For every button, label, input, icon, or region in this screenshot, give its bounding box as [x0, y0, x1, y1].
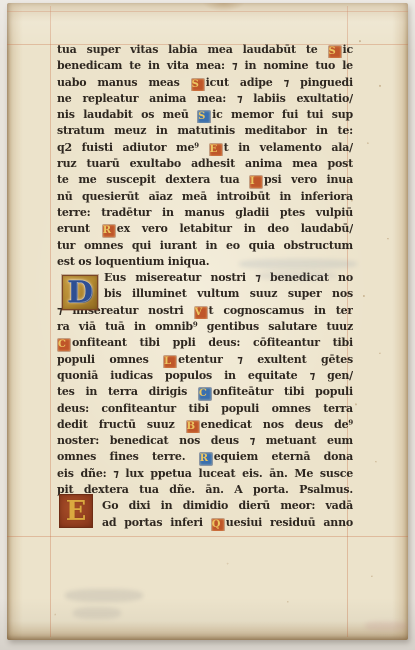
- text-run: benedicam te in vita mea: ⁊ in nomine tu…: [57, 59, 353, 72]
- initial-e-letter: E: [66, 498, 87, 525]
- versal-initial: R: [103, 225, 115, 237]
- text-run: equiem eternā dona: [214, 450, 353, 463]
- text-run: terre: tradētur in manus gladii ptes vul…: [57, 206, 353, 219]
- text-line: erunt Rex vero letabitur in deo laudabū/: [57, 221, 353, 237]
- text-run: tua super vitas labia mea laudabūt te: [57, 43, 328, 56]
- text-run: enedicat nos deus de⁹: [201, 418, 353, 431]
- text-run: nis laudabit os meū: [57, 108, 197, 121]
- text-run: tes in terra dirigis: [57, 385, 198, 398]
- text-run: Eus misereatur nostri ⁊ benedicat no: [104, 271, 353, 284]
- text-line: stratum meuz in matutinis meditabor in t…: [57, 123, 353, 139]
- text-block: tua super vitas labia mea laudabūt te Si…: [57, 42, 353, 531]
- text-run: ex vero letabitur in deo laudabū/: [117, 222, 353, 235]
- verso-show-through: [239, 259, 357, 269]
- text-line: omnes fines terre. Requiem eternā dona: [57, 449, 353, 465]
- pencil-mark-bottom-right: [365, 621, 407, 631]
- text-line: ne repleatur anima mea: ⁊ labiis exultat…: [57, 91, 353, 107]
- text-line: nū quesierūt aīaz meā introibūt in infer…: [57, 189, 353, 205]
- text-run: onfiteātur tibi populi: [213, 385, 353, 398]
- text-run: stratum meuz in matutinis meditabor in t…: [57, 124, 353, 137]
- text-run: pit dextera tua dñe. ān. A porta. Psalmu…: [57, 483, 353, 496]
- text-line: tur omnes qui iurant in eo quia obstruct…: [57, 238, 353, 254]
- text-line: eis dñe: ⁊ lux ppetua luceat eis. ān. Me…: [57, 466, 353, 482]
- text-run: quoniā iudicas populos in equitate ⁊ gen…: [57, 369, 353, 382]
- text-run: onfiteant tibi ppli deus: cōfiteantur ti…: [72, 336, 353, 349]
- text-line: bis illuminet vultum suuz super nos: [57, 286, 353, 302]
- text-run: deus: confiteantur tibi populi omnes ter…: [57, 402, 353, 415]
- text-line: terre: tradētur in manus gladii ptes vul…: [57, 205, 353, 221]
- text-line: uabo manus meas Sicut adipe ⁊ pinguedi: [57, 75, 353, 91]
- text-run: uabo manus meas: [57, 76, 191, 89]
- text-line: nis laudabit os meū Sic memor fui tui su…: [57, 107, 353, 123]
- versal-initial: S: [192, 79, 204, 91]
- text-line: ⁊ misereatur nostri Vt cognoscamus in te…: [57, 303, 353, 319]
- initial-d-letter: D: [67, 278, 93, 308]
- text-line: est os loquentium iniqua.: [57, 254, 353, 270]
- text-run: noster: benedicat nos deus ⁊ metuant eum: [57, 434, 353, 447]
- ruling-line-bottom: [7, 536, 408, 537]
- text-run: omnes fines terre.: [57, 450, 199, 463]
- text-line: q2 fuisti adiutor me⁹ Et in velamento al…: [57, 140, 353, 156]
- text-run: ruz tuarū exultabo adhesit anima mea pos…: [57, 157, 353, 170]
- text-run: t in velamento ala/: [224, 141, 353, 154]
- versal-initial: R: [200, 453, 212, 465]
- ruling-line-header: [7, 44, 408, 45]
- text-run: ic: [343, 43, 353, 56]
- text-line: ra viā tuā in omnib⁹ gentibus salutare t…: [57, 319, 353, 335]
- text-line: ruz tuarū exultabo adhesit anima mea pos…: [57, 156, 353, 172]
- text-run: ⁊ misereatur nostri: [57, 304, 194, 317]
- text-run: nū quesierūt aīaz meā introibūt in infer…: [57, 190, 353, 203]
- text-line: populi omnes Letentur ⁊ exultent gētes: [57, 352, 353, 368]
- text-line: te me suscepit dextera tua Ipsi vero inu…: [57, 172, 353, 188]
- ruling-line-right: [347, 6, 348, 637]
- text-run: dedit fructū suuz: [57, 418, 186, 431]
- photo-background: tua super vitas labia mea laudabūt te Si…: [0, 0, 415, 650]
- text-run: q2 fuisti adiutor me⁹: [57, 141, 209, 154]
- text-run: icut adipe ⁊ pinguedi: [206, 76, 353, 89]
- versal-initial: S: [198, 111, 210, 123]
- text-run: ra viā tuā in omnib⁹ gentibus salutare t…: [57, 320, 353, 333]
- text-line: Go dixi in dimidio dierū meor: vadā: [57, 498, 353, 514]
- text-run: eis dñe: ⁊ lux ppetua luceat eis. ān. Me…: [57, 467, 353, 480]
- text-run: te me suscepit dextera tua: [57, 173, 249, 186]
- text-run: erunt: [57, 222, 102, 235]
- illuminated-initial-D: D: [62, 275, 98, 310]
- text-run: est os loquentium iniqua.: [57, 255, 209, 268]
- versal-initial: I: [250, 176, 262, 188]
- text-run: ad portas inferi: [102, 516, 211, 529]
- text-line: tua super vitas labia mea laudabūt te Si…: [57, 42, 353, 58]
- text-run: etentur ⁊ exultent gētes: [178, 353, 353, 366]
- pencil-inscription-smudge: [65, 589, 143, 602]
- versal-initial: L: [164, 356, 176, 368]
- text-run: populi omnes: [57, 353, 163, 366]
- text-line: Confiteant tibi ppli deus: cōfiteantur t…: [57, 335, 353, 351]
- text-run: uesiui residuū anno: [226, 516, 353, 529]
- verso-show-through: [257, 271, 337, 280]
- text-line: deus: confiteantur tibi populi omnes ter…: [57, 401, 353, 417]
- text-line: benedicam te in vita mea: ⁊ in nomine tu…: [57, 58, 353, 74]
- versal-initial: C: [199, 388, 211, 400]
- versal-initial: S: [329, 46, 341, 58]
- text-line: pit dextera tua dñe. ān. A porta. Psalmu…: [57, 482, 353, 498]
- manuscript-leaf: tua super vitas labia mea laudabūt te Si…: [7, 3, 408, 640]
- text-line: tes in terra dirigis Confiteātur tibi po…: [57, 384, 353, 400]
- versal-initial: V: [195, 307, 207, 319]
- text-run: t cognoscamus in ter: [209, 304, 354, 317]
- versal-initial: E: [210, 144, 222, 156]
- ruling-line-left: [50, 6, 51, 637]
- versal-initial: Q: [212, 519, 224, 531]
- ruling-line-top: [7, 11, 408, 12]
- text-line: dedit fructū suuz Benedicat nos deus de⁹: [57, 417, 353, 433]
- text-line: noster: benedicat nos deus ⁊ metuant eum: [57, 433, 353, 449]
- text-run: bis illuminet vultum suuz super nos: [104, 287, 353, 300]
- text-run: Go dixi in dimidio dierū meor: vadā: [102, 499, 353, 512]
- text-line: ad portas inferi Quesiui residuū anno: [57, 515, 353, 531]
- illuminated-initial-E: E: [59, 494, 93, 528]
- text-line: Eus misereatur nostri ⁊ benedicat no: [57, 270, 353, 286]
- text-run: psi vero inua: [264, 173, 353, 186]
- versal-initial: B: [187, 421, 199, 433]
- pencil-inscription-smudge: [73, 607, 121, 619]
- text-run: ic memor fui tui sup: [212, 108, 353, 121]
- text-run: ne repleatur anima mea: ⁊ labiis exultat…: [57, 92, 353, 105]
- text-line: quoniā iudicas populos in equitate ⁊ gen…: [57, 368, 353, 384]
- versal-initial: C: [58, 339, 70, 351]
- text-run: tur omnes qui iurant in eo quia obstruct…: [57, 239, 353, 252]
